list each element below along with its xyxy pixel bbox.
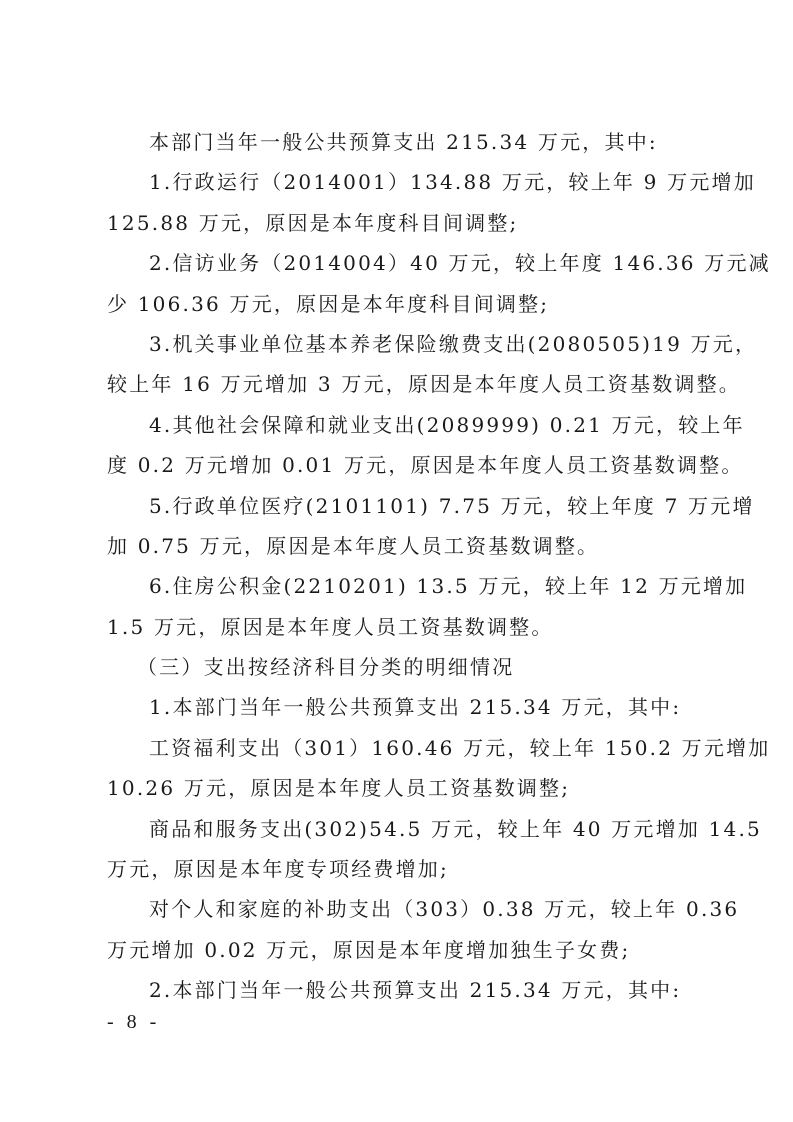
document-page: 本部门当年一般公共预算支出 215.34 万元，其中: 1.行政运行（20140… (107, 122, 694, 1011)
item-6-line-1: 6.住房公积金(2210201) 13.5 万元，较上年 12 万元增加 (107, 566, 694, 606)
goods-services-line-2: 万元，原因是本年度专项经费增加; (107, 849, 694, 889)
item-2-line-2: 少 106.36 万元，原因是本年度科目间调整; (107, 284, 694, 324)
wages-line-1: 工资福利支出（301）160.46 万元，较上年 150.2 万元增加 (107, 728, 694, 768)
goods-services-line-1: 商品和服务支出(302)54.5 万元，较上年 40 万元增加 14.5 (107, 809, 694, 849)
item-6-line-2: 1.5 万元，原因是本年度人员工资基数调整。 (107, 607, 694, 647)
item-1-line-1: 1.行政运行（2014001）134.88 万元，较上年 9 万元增加 (107, 162, 694, 202)
item-3-line-1: 3.机关事业单位基本养老保险缴费支出(2080505)19 万元， (107, 324, 694, 364)
wages-line-2: 10.26 万元，原因是本年度人员工资基数调整; (107, 768, 694, 808)
paragraph-intro: 本部门当年一般公共预算支出 215.34 万元，其中: (107, 122, 694, 162)
econ-item-1: 1.本部门当年一般公共预算支出 215.34 万元，其中: (107, 687, 694, 727)
item-5-line-2: 加 0.75 万元，原因是本年度人员工资基数调整。 (107, 526, 694, 566)
item-1-line-2: 125.88 万元，原因是本年度科目间调整; (107, 203, 694, 243)
item-2-line-1: 2.信访业务（2014004）40 万元，较上年度 146.36 万元减 (107, 243, 694, 283)
item-5-line-1: 5.行政单位医疗(2101101) 7.75 万元，较上年度 7 万元增 (107, 486, 694, 526)
section-heading: （三）支出按经济科目分类的明细情况 (107, 647, 694, 687)
page-number: - 8 - (107, 1011, 160, 1034)
item-4-line-2: 度 0.2 万元增加 0.01 万元，原因是本年度人员工资基数调整。 (107, 445, 694, 485)
item-3-line-2: 较上年 16 万元增加 3 万元，原因是本年度人员工资基数调整。 (107, 364, 694, 404)
item-4-line-1: 4.其他社会保障和就业支出(2089999) 0.21 万元，较上年 (107, 405, 694, 445)
subsidies-line-1: 对个人和家庭的补助支出（303）0.38 万元，较上年 0.36 (107, 889, 694, 929)
subsidies-line-2: 万元增加 0.02 万元，原因是本年度增加独生子女费; (107, 930, 694, 970)
econ-item-2: 2.本部门当年一般公共预算支出 215.34 万元，其中: (107, 970, 694, 1010)
